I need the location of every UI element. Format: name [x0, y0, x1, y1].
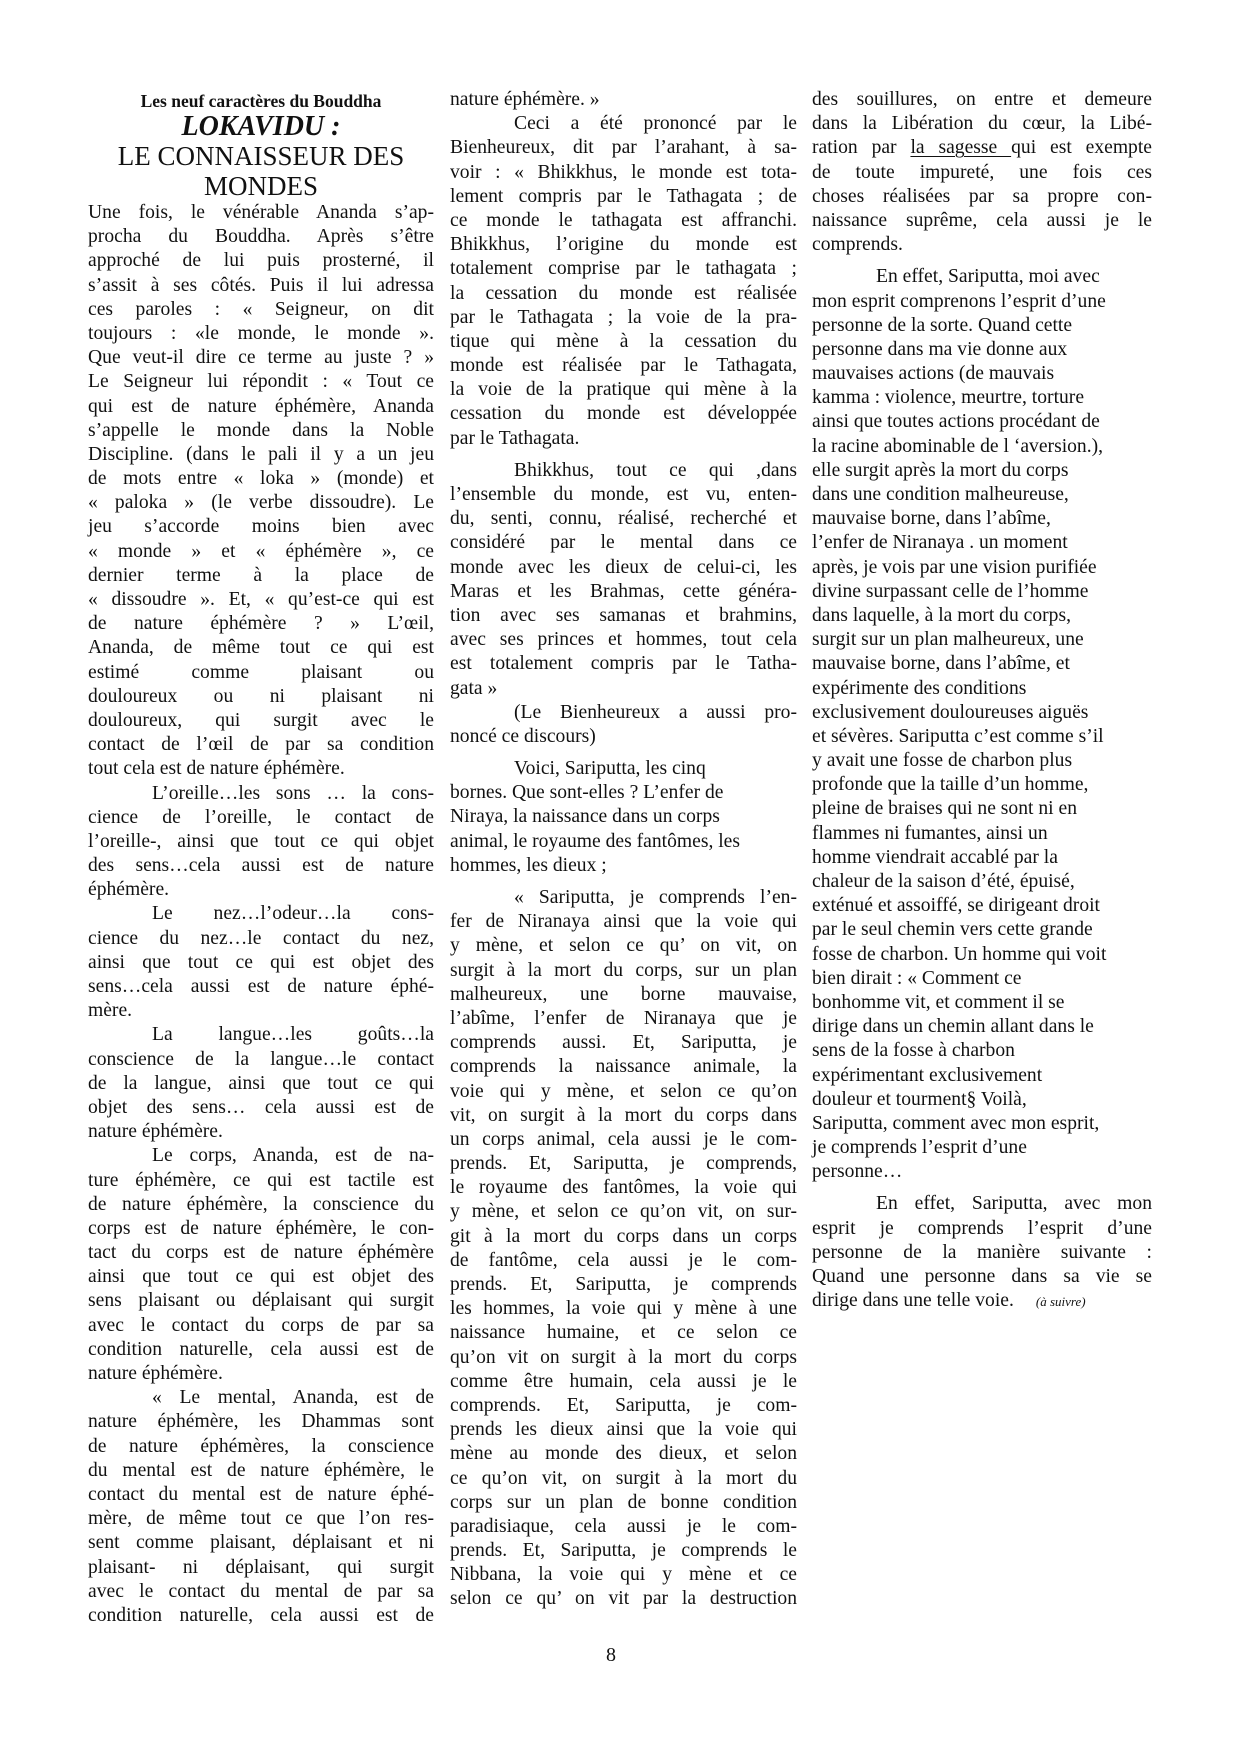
paragraph: En effet, Sariputta, moi avecmon esprit … [812, 265, 1152, 1184]
paragraph: La langue…les goûts…laconscience de la l… [88, 1023, 434, 1144]
text-line: mauvaise borne, dans l’abîme, et [812, 652, 1152, 676]
text-line: En effet, Sariputta, avec mon [812, 1192, 1152, 1216]
text-line: En effet, Sariputta, moi avec [812, 265, 1152, 289]
text-line: Voici, Sariputta, les cinq [450, 757, 797, 781]
text-line: Sariputta, comment avec mon esprit, [812, 1112, 1152, 1136]
text-line: Maras et les Brahmas, cette généra- [450, 580, 797, 604]
continued-note: (à suivre) [1036, 1294, 1086, 1309]
text-line: par le Tathagata ; la voie de la pra- [450, 306, 797, 330]
text-line: surgit à la mort du corps, sur un plan [450, 959, 797, 983]
text-line: expérimentant exclusivement [812, 1064, 1152, 1088]
text-line: qu’on vit on surgit à la mort du corps [450, 1346, 797, 1370]
text-line: le royaume des fantômes, la voie qui [450, 1176, 797, 1200]
text-line: les hommes, la voie qui y mène à une [450, 1297, 797, 1321]
text-line: elle surgit après la mort du corps [812, 459, 1152, 483]
text-line: vit, on surgit à la mort du corps dans [450, 1104, 797, 1128]
text-line: Le corps, Ananda, est de na- [88, 1144, 434, 1168]
text-line: mauvaise borne, dans l’abîme, [812, 507, 1152, 531]
column-middle-body: nature éphémère. »Ceci a été prononcé pa… [450, 88, 797, 1612]
text-line: objet des sens… cela aussi est de [88, 1096, 434, 1120]
text-line: Le Seigneur lui répondit : « Tout ce [88, 370, 434, 394]
text-line: sens plaisant ou déplaisant qui surgit [88, 1289, 434, 1313]
text-line: fer de Niranaya ainsi que la voie qui [450, 910, 797, 934]
text-line: malheureux, une borne mauvaise, [450, 983, 797, 1007]
text-line: Quand une personne dans sa vie se [812, 1265, 1152, 1289]
text-line: jeu s’accorde moins bien avec [88, 515, 434, 539]
paragraph: En effet, Sariputta, avec monesprit je c… [812, 1192, 1152, 1313]
paragraph-gap [450, 451, 797, 459]
text-line: avec le contact du corps de par sa [88, 1314, 434, 1338]
column-middle: nature éphémère. »Ceci a été prononcé pa… [450, 88, 797, 1612]
text-line: approché de lui puis prosterné, il [88, 249, 434, 273]
text-line: « monde » et « éphémère », ce [88, 540, 434, 564]
article-title-line-2: MONDES [88, 171, 434, 201]
text-line: de toute impureté, une fois ces [812, 161, 1152, 185]
text-line: Ceci a été prononcé par le [450, 112, 797, 136]
text-line: toujours : «le monde, le monde ». [88, 322, 434, 346]
text-line: comprends la naissance animale, la [450, 1055, 797, 1079]
text-line: git à la mort du corps dans un corps [450, 1225, 797, 1249]
text-line: comprends. [812, 233, 1152, 257]
text-line: qui est de nature éphémère, Ananda [88, 395, 434, 419]
text-line: comme être humain, cela aussi je le [450, 1370, 797, 1394]
underlined-phrase: la sagesse [910, 137, 1011, 158]
text-line: dernier terme à la place de [88, 564, 434, 588]
text-line: l’ensemble du monde, est vu, enten- [450, 483, 797, 507]
text-line: est totalement compris par le Tatha- [450, 652, 797, 676]
text-line: personne de la sorte. Quand cette [812, 314, 1152, 338]
text-line: contact de l’œil de par sa condition [88, 733, 434, 757]
text-line: « Le mental, Ananda, est de [88, 1386, 434, 1410]
paragraph-gap [450, 749, 797, 757]
text-line: par le Tathagata. [450, 427, 797, 451]
text-line: voir : « Bhikkhus, le monde est tota- [450, 161, 797, 185]
text-line: profonde que la taille d’un homme, [812, 773, 1152, 797]
text-line: cessation du monde est développée [450, 402, 797, 426]
text-line: nature éphémère. [88, 1120, 434, 1144]
text-line: du, senti, connu, réalisé, recherché et [450, 507, 797, 531]
paragraph-gap [812, 1184, 1152, 1192]
paragraph: Voici, Sariputta, les cinqbornes. Que so… [450, 757, 797, 878]
text-line: « paloka » (le verbe dissoudre). Le [88, 491, 434, 515]
text-line: dans la Libération du cœur, la Libé- [812, 112, 1152, 136]
text-line: homme viendrait accablé par la [812, 846, 1152, 870]
text-line: comprends. Et, Sariputta, je com- [450, 1394, 797, 1418]
paragraph: « Sariputta, je comprends l’en-fer de Ni… [450, 886, 797, 1612]
text-line: de mots entre « loka » (monde) et [88, 467, 434, 491]
text-line: éphémère. [88, 878, 434, 902]
paragraph: Une fois, le vénérable Ananda s’ap-proch… [88, 201, 434, 782]
text-line: kamma : violence, meurtre, torture [812, 386, 1152, 410]
text-line: et sévères. Sariputta c’est comme s’il [812, 725, 1152, 749]
text-line: après, je vois par une vision purifiée [812, 556, 1152, 580]
text-line: contact du mental est de nature éphé- [88, 1483, 434, 1507]
text-line: Bienheureux, dit par l’arahant, à sa- [450, 136, 797, 160]
text-line: naissance humaine, et ce selon ce [450, 1321, 797, 1345]
text-line: ce monde le tathagata est affranchi. [450, 209, 797, 233]
text-line: mène au monde des dieux, et selon [450, 1442, 797, 1466]
text-line: lement compris par le Tathagata ; de [450, 185, 797, 209]
text-line: par le seul chemin vers cette grande [812, 918, 1152, 942]
text-line: monde avec les dieux de celui-ci, les [450, 556, 797, 580]
text-line: hommes, les dieux ; [450, 854, 797, 878]
column-left: Les neuf caractères du Bouddha LOKAVIDU … [88, 88, 434, 1628]
column-left-body: Une fois, le vénérable Ananda s’ap-proch… [88, 201, 434, 1628]
paragraph: Bhikkhus, tout ce qui ,dansl’ensemble du… [450, 459, 797, 701]
text-line: monde est réalisée par le Tathagata, [450, 354, 797, 378]
text-line: Discipline. (dans le pali il y a un jeu [88, 443, 434, 467]
text-line: naissance suprême, cela aussi je le [812, 209, 1152, 233]
text-line: condition naturelle, cela aussi est de [88, 1604, 434, 1628]
text-line: considéré par le mental dans ce [450, 531, 797, 555]
text-line: La langue…les goûts…la [88, 1023, 434, 1047]
text-line: exclusivement douloureuses aiguës [812, 701, 1152, 725]
text-line: prends. Et, Sariputta, je comprends le [450, 1539, 797, 1563]
text-line: exténué et assoiffé, se dirigeant droit [812, 894, 1152, 918]
text-line: Bhikkhus, tout ce qui ,dans [450, 459, 797, 483]
text-line: bornes. Que sont-elles ? L’enfer de [450, 781, 797, 805]
text-line: je comprends l’esprit d’une [812, 1136, 1152, 1160]
text-line: mauvaises actions (de mauvais [812, 362, 1152, 386]
text-line: la cessation du monde est réalisée [450, 282, 797, 306]
text-line: douloureux, qui surgit avec le [88, 709, 434, 733]
text-line: mon esprit comprenons l’esprit d’une [812, 290, 1152, 314]
text-line: expérimente des conditions [812, 677, 1152, 701]
text-line: sens…cela aussi est de nature éphé- [88, 975, 434, 999]
text-line: la racine abominable de l ‘aversion.), [812, 435, 1152, 459]
text-line: Nibbana, la voie qui y mène et ce [450, 1563, 797, 1587]
text-line: ainsi que tout ce qui est objet des [88, 1265, 434, 1289]
text-line: y mène, et selon ce qu’ on vit, on [450, 934, 797, 958]
text-line: Niraya, la naissance dans un corps [450, 805, 797, 829]
paragraph: « Le mental, Ananda, est denature éphémè… [88, 1386, 434, 1628]
text-line: l’abîme, l’enfer de Niranaya que je [450, 1007, 797, 1031]
column-right-body: des souillures, on entre et demeuredans … [812, 88, 1152, 1313]
article-title-pali: LOKAVIDU : [88, 112, 434, 141]
text-line: nature éphémère. [88, 1362, 434, 1386]
text-line: corps est de nature éphémère, le con- [88, 1217, 434, 1241]
text-line: tion avec ses samanas et brahmins, [450, 604, 797, 628]
paragraph-gap [812, 257, 1152, 265]
text-line: la voie de la pratique qui mène à la [450, 378, 797, 402]
text-line: esprit je comprends l’esprit d’une [812, 1217, 1152, 1241]
text-line: douleur et tourment§ Voilà, [812, 1088, 1152, 1112]
paragraph: Le corps, Ananda, est de na-ture éphémèr… [88, 1144, 434, 1386]
text-line: du mental est de nature éphémère, le [88, 1459, 434, 1483]
text-line: Bhikkhus, l’origine du monde est [450, 233, 797, 257]
text-line: chaleur de la saison d’été, épuisé, [812, 870, 1152, 894]
text-line: cience de l’oreille, le contact de [88, 806, 434, 830]
paragraph: L’oreille…les sons … la cons-cience de l… [88, 782, 434, 903]
text-line: s’assit à ses côtés. Puis il lui adressa [88, 274, 434, 298]
text-line: de fantôme, cela aussi je le com- [450, 1249, 797, 1273]
text-line: animal, le royaume des fantômes, les [450, 830, 797, 854]
text-line: Ananda, de même tout ce qui est [88, 636, 434, 660]
text-line: ainsi que tout ce qui est objet des [88, 951, 434, 975]
text-line: bien dirait : « Comment ce [812, 967, 1152, 991]
text-line: gata » [450, 677, 797, 701]
text-line: choses réalisées par sa propre con- [812, 185, 1152, 209]
text-line: tique qui mène à la cessation du [450, 330, 797, 354]
text-line: dirige dans une telle voie.(à suivre) [812, 1289, 1152, 1313]
text-line: condition naturelle, cela aussi est de [88, 1338, 434, 1362]
series-kicker: Les neuf caractères du Bouddha [88, 90, 434, 112]
text-line: (Le Bienheureux a aussi pro- [450, 701, 797, 725]
text-line: de la langue, ainsi que tout ce qui [88, 1072, 434, 1096]
text-line: sent comme plaisant, déplaisant et ni [88, 1531, 434, 1555]
text-line: de nature éphémères, la conscience [88, 1435, 434, 1459]
text-line: y avait une fosse de charbon plus [812, 749, 1152, 773]
text-line: ce qu’on vit, on surgit à la mort du [450, 1467, 797, 1491]
text-line: flammes ni fumantes, ainsi un [812, 822, 1152, 846]
text-line: personne… [812, 1160, 1152, 1184]
text-line: comprends aussi. Et, Sariputta, je [450, 1031, 797, 1055]
text-line: des souillures, on entre et demeure [812, 88, 1152, 112]
paragraph: des souillures, on entre et demeuredans … [812, 88, 1152, 257]
paragraph: Ceci a été prononcé par leBienheureux, d… [450, 112, 797, 451]
text-line: ture éphémère, ce qui est tactile est [88, 1169, 434, 1193]
text-line: « Sariputta, je comprends l’en- [450, 886, 797, 910]
column-right: des souillures, on entre et demeuredans … [812, 88, 1152, 1313]
text-line: voie qui y mène, et selon ce qu’on [450, 1080, 797, 1104]
text-line: conscience de la langue…le contact [88, 1048, 434, 1072]
text-line: mère, de même tout ce que l’on res- [88, 1507, 434, 1531]
text-line: des sens…cela aussi est de nature [88, 854, 434, 878]
text-line: selon ce qu’ on vit par la destruction [450, 1587, 797, 1611]
paragraph: (Le Bienheureux a aussi pro-noncé ce dis… [450, 701, 797, 749]
text-line: mère. [88, 999, 434, 1023]
text-line: nature éphémère. » [450, 88, 797, 112]
text-line: prends. Et, Sariputta, je comprends, [450, 1152, 797, 1176]
text-line: L’oreille…les sons … la cons- [88, 782, 434, 806]
text-line: avec ses princes et hommes, tout cela [450, 628, 797, 652]
text-line: de nature éphémère ? » L’œil, [88, 612, 434, 636]
text-line: prends. Et, Sariputta, je comprends [450, 1273, 797, 1297]
text-line: plaisant- ni déplaisant, qui surgit [88, 1556, 434, 1580]
text-line: bonhomme vit, et comment il se [812, 991, 1152, 1015]
paragraph-gap [450, 878, 797, 886]
text-line: dans une condition malheureuse, [812, 483, 1152, 507]
text-line: ration par la sagesse qui est exempte [812, 136, 1152, 160]
text-line: pleine de braises qui ne sont ni en [812, 797, 1152, 821]
text-line: Que veut-il dire ce terme au juste ? » [88, 346, 434, 370]
text-line: y mène, et selon ce qu’on vit, on sur- [450, 1200, 797, 1224]
text-line: nature éphémère, les Dhammas sont [88, 1410, 434, 1434]
text-line: un corps animal, cela aussi je le com- [450, 1128, 797, 1152]
text-line: noncé ce discours) [450, 725, 797, 749]
text-line: douloureux ou ni plaisant ni [88, 685, 434, 709]
paragraph: nature éphémère. » [450, 88, 797, 112]
text-line: tout cela est de nature éphémère. [88, 757, 434, 781]
text-line: ainsi que toutes actions procédant de [812, 410, 1152, 434]
text-line: de nature éphémère, la conscience du [88, 1193, 434, 1217]
text-line: dirige dans un chemin allant dans le [812, 1015, 1152, 1039]
paragraph: Le nez…l’odeur…la cons-cience du nez…le … [88, 902, 434, 1023]
text-line: ces paroles : « Seigneur, on dit [88, 298, 434, 322]
text-line: cience du nez…le contact du nez, [88, 927, 434, 951]
text-line: « dissoudre ». Et, « qu’est-ce qui est [88, 588, 434, 612]
text-line: personne de la manière suivante : [812, 1241, 1152, 1265]
text-line: surgit sur un plan malheureux, une [812, 628, 1152, 652]
text-line: tact du corps est de nature éphémère [88, 1241, 434, 1265]
text-line: corps sur un plan de bonne condition [450, 1491, 797, 1515]
page-number: 8 [606, 1644, 616, 1667]
text-line: fosse de charbon. Un homme qui voit [812, 943, 1152, 967]
text-line: estimé comme plaisant ou [88, 661, 434, 685]
text-line: l’enfer de Niranaya . un moment [812, 531, 1152, 555]
text-line: s’appelle le monde dans la Noble [88, 419, 434, 443]
text-line: Une fois, le vénérable Ananda s’ap- [88, 201, 434, 225]
text-line: dans laquelle, à la mort du corps, [812, 604, 1152, 628]
text-line: divine surpassant celle de l’homme [812, 580, 1152, 604]
text-line: prends les dieux ainsi que la voie qui [450, 1418, 797, 1442]
text-line: personne dans ma vie donne aux [812, 338, 1152, 362]
text-line: totalement comprise par le tathagata ; [450, 257, 797, 281]
text-line: l’oreille-, ainsi que tout ce qui objet [88, 830, 434, 854]
text-line: avec le contact du mental de par sa [88, 1580, 434, 1604]
article-title-line-1: LE CONNAISSEUR DES [88, 141, 434, 171]
text-line: Le nez…l’odeur…la cons- [88, 902, 434, 926]
text-line: sens de la fosse à charbon [812, 1039, 1152, 1063]
text-line: procha du Bouddha. Après s’être [88, 225, 434, 249]
text-line: paradisiaque, cela aussi je le com- [450, 1515, 797, 1539]
